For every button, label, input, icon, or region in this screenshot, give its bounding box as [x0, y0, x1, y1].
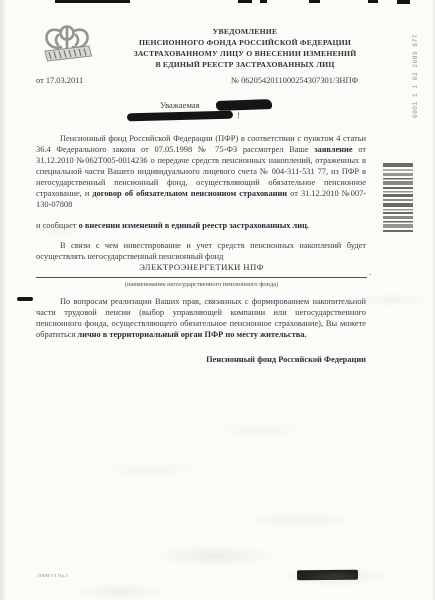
- salutation-suffix: !: [237, 110, 240, 120]
- pfr-logo-icon: [36, 20, 98, 74]
- scan-artifact: [368, 0, 378, 3]
- scan-artifact: [55, 0, 130, 3]
- document-number: № 0620542011000254307301/ЗНПФ: [231, 76, 358, 85]
- title-line: ЗАСТРАХОВАННОМУ ЛИЦУ О ВНЕСЕНИИ ИЗМЕНЕНИ…: [110, 48, 380, 59]
- paragraph-text: и сообщает: [36, 221, 79, 230]
- scan-artifact: [309, 0, 320, 3]
- salutation-prefix: Уважаемая: [160, 100, 200, 110]
- paragraph-rights: По вопросам реализации Ваших прав, связа…: [36, 296, 366, 340]
- paragraph-bold-register: о внесении изменений в единый реестр зас…: [79, 221, 309, 230]
- barcode-icon: [383, 163, 413, 233]
- paragraph-investment: В связи с чем инвестирование и учет сред…: [36, 240, 366, 262]
- paragraph-bold-dogovor: договор об обязательном пенсионном страх…: [92, 189, 287, 198]
- signature-line: Пенсионный фонд Российской Федерации: [36, 355, 366, 364]
- scanned-letter-page: УВЕДОМЛЕНИЕ ПЕНСИОННОГО ФОНДА РОССИЙСКОЙ…: [0, 0, 435, 600]
- redaction-name-line2: [127, 111, 233, 122]
- paragraph-notice: и сообщает о внесении изменений в единый…: [36, 220, 366, 231]
- title-line: В ЕДИНЫЙ РЕЕСТР ЗАСТРАХОВАННЫХ ЛИЦ: [110, 59, 380, 70]
- fund-name-line: ЭЛЕКТРОЭНЕРГЕТИКИ НПФ: [36, 262, 367, 278]
- document-title: УВЕДОМЛЕНИЕ ПЕНСИОННОГО ФОНДА РОССИЙСКОЙ…: [110, 26, 380, 70]
- paragraph-decision: Пенсионный фонд Российской Федерации (ПФ…: [36, 133, 366, 210]
- scan-artifact: [260, 0, 267, 3]
- title-line: ПЕНСИОННОГО ФОНДА РОССИЙСКОЙ ФЕДЕРАЦИИ: [110, 37, 380, 48]
- fund-name-caption: (наименование негосударственного пенсион…: [36, 281, 367, 288]
- scan-edge-left: [0, 0, 5, 600]
- redaction-margin-mark: [17, 297, 33, 301]
- fund-line-period: .: [369, 268, 371, 277]
- redaction-footer: [297, 570, 358, 581]
- scan-artifact: [397, 0, 410, 4]
- document-date: от 17.03.2011: [36, 76, 83, 85]
- redaction-name-line1: [216, 99, 272, 111]
- pfr-logo-ribbon: [45, 46, 92, 61]
- edge-registration-number: 0001 1 1 62 2689 677: [412, 8, 419, 118]
- scan-artifact: [238, 0, 252, 3]
- title-line: УВЕДОМЛЕНИЕ: [110, 26, 380, 37]
- paragraph-bold-zayavlenie: заявление: [314, 145, 352, 154]
- paragraph-bold-visit-pfr: лично в территориальный орган ПФР по мес…: [77, 330, 306, 339]
- form-code: ПФМ-13 Пр.3: [38, 573, 68, 578]
